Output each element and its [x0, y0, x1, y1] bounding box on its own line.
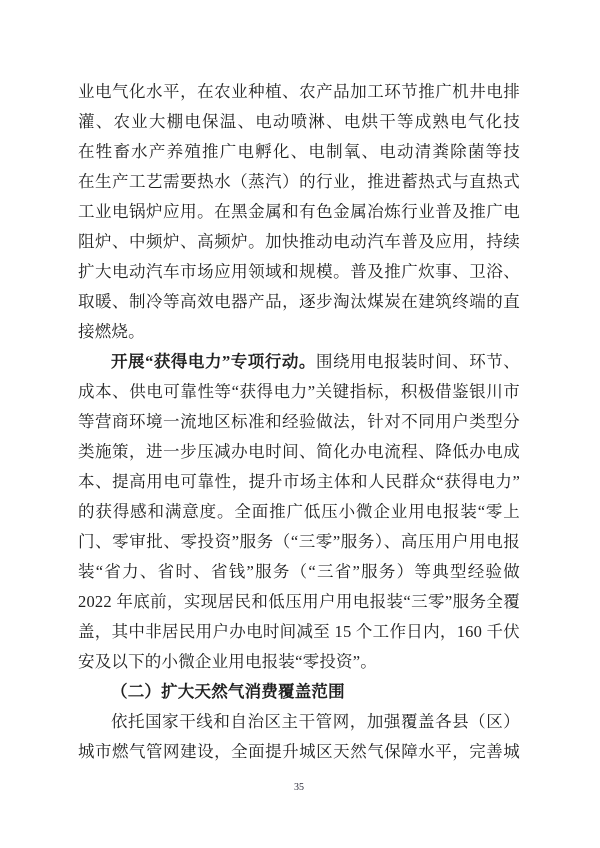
body-text: 2022 年底前，实现居民和低压用户用电报装“三零”服务全覆	[78, 592, 520, 611]
text-line: 在牲畜水产养殖推广电孵化、电制氧、电动清粪除菌等技术。	[78, 137, 520, 167]
text-line: 开展“获得电力”专项行动。围绕用电报装时间、环节、	[78, 347, 520, 377]
text-line: 接燃烧。	[78, 317, 520, 347]
text-line: 取暖、制冷等高效电器产品，逐步淘汰煤炭在建筑终端的直	[78, 287, 520, 317]
text-line: 的获得感和满意度。全面推广低压小微企业用电报装“零上	[78, 497, 520, 527]
body-text: 接燃烧。	[78, 322, 145, 341]
bold-text: 开展“获得电力”专项行动。	[111, 352, 316, 371]
body-text: 等营商环境一流地区标准和经验做法，针对不同用户类型分	[78, 412, 520, 431]
text-line: 灌、农业大棚电保温、电动喷淋、电烘干等成熟电气化技术，	[78, 107, 520, 137]
body-text: 在牲畜水产养殖推广电孵化、电制氧、电动清粪除菌等技术。	[78, 142, 520, 167]
body-text: 成本、供电可靠性等“获得电力”关键指标，积极借鉴银川市	[78, 382, 520, 401]
text-line: 阻炉、中频炉、高频炉。加快推动电动汽车普及应用，持续	[78, 227, 520, 257]
text-line: 成本、供电可靠性等“获得电力”关键指标，积极借鉴银川市	[78, 377, 520, 407]
body-text: 门、零审批、零投资”服务（“三零”服务）、高压用户用电报	[78, 532, 520, 551]
body-text: 本、提高用电可靠性，提升市场主体和人民群众“获得电力”	[78, 472, 520, 491]
text-line: 盖，其中非居民用户办电时间减至 15 个工作日内，160 千伏	[78, 617, 520, 647]
body-text: 业电气化水平，在农业种植、农产品加工环节推广机井电排	[78, 82, 520, 101]
text-line: 等营商环境一流地区标准和经验做法，针对不同用户类型分	[78, 407, 520, 437]
page-number: 35	[78, 780, 520, 796]
body-text: 的获得感和满意度。全面推广低压小微企业用电报装“零上	[78, 502, 520, 521]
text-line: （二）扩大天然气消费覆盖范围	[78, 677, 520, 707]
text-line: 业电气化水平，在农业种植、农产品加工环节推广机井电排	[78, 77, 520, 107]
body-text: 城市燃气管网建设，全面提升城区天然气保障水平，完善城	[78, 742, 520, 761]
body-text: 依托国家干线和自治区主干管网，加强覆盖各县（区）	[111, 712, 520, 731]
document-body: 业电气化水平，在农业种植、农产品加工环节推广机井电排灌、农业大棚电保温、电动喷淋…	[78, 77, 520, 767]
body-text: 在生产工艺需要热水（蒸汽）的行业，推进蓄热式与直热式	[78, 172, 520, 191]
text-line: 装“省力、省时、省钱”服务（“三省”服务）等典型经验做法。	[78, 557, 520, 587]
body-text: 盖，其中非居民用户办电时间减至 15 个工作日内，160 千伏	[78, 622, 520, 641]
document-page: 业电气化水平，在农业种植、农产品加工环节推广机井电排灌、农业大棚电保温、电动喷淋…	[0, 0, 600, 848]
body-text: 阻炉、中频炉、高频炉。加快推动电动汽车普及应用，持续	[78, 232, 520, 251]
text-line: 在生产工艺需要热水（蒸汽）的行业，推进蓄热式与直热式	[78, 167, 520, 197]
body-text: 扩大电动汽车市场应用领域和规模。普及推广炊事、卫浴、	[78, 262, 520, 281]
text-line: 本、提高用电可靠性，提升市场主体和人民群众“获得电力”	[78, 467, 520, 497]
text-line: 2022 年底前，实现居民和低压用户用电报装“三零”服务全覆	[78, 587, 520, 617]
body-text: 灌、农业大棚电保温、电动喷淋、电烘干等成熟电气化技术，	[78, 112, 520, 137]
body-text: 安及以下的小微企业用电报装“零投资”。	[78, 652, 377, 671]
text-line: 城市燃气管网建设，全面提升城区天然气保障水平，完善城	[78, 737, 520, 767]
bold-text: （二）扩大天然气消费覆盖范围	[111, 682, 345, 701]
text-line: 工业电锅炉应用。在黑金属和有色金属冶炼行业普及推广电	[78, 197, 520, 227]
text-line: 依托国家干线和自治区主干管网，加强覆盖各县（区）	[78, 707, 520, 737]
text-line: 门、零审批、零投资”服务（“三零”服务）、高压用户用电报	[78, 527, 520, 557]
text-line: 扩大电动汽车市场应用领域和规模。普及推广炊事、卫浴、	[78, 257, 520, 287]
text-line: 类施策，进一步压减办电时间、简化办电流程、降低办电成	[78, 437, 520, 467]
body-text: 取暖、制冷等高效电器产品，逐步淘汰煤炭在建筑终端的直	[78, 292, 520, 311]
body-text: 类施策，进一步压减办电时间、简化办电流程、降低办电成	[78, 442, 520, 461]
body-text: 装“省力、省时、省钱”服务（“三省”服务）等典型经验做法。	[78, 562, 520, 587]
body-text: 围绕用电报装时间、环节、	[316, 352, 520, 371]
text-line: 安及以下的小微企业用电报装“零投资”。	[78, 647, 520, 677]
body-text: 工业电锅炉应用。在黑金属和有色金属冶炼行业普及推广电	[78, 202, 520, 221]
